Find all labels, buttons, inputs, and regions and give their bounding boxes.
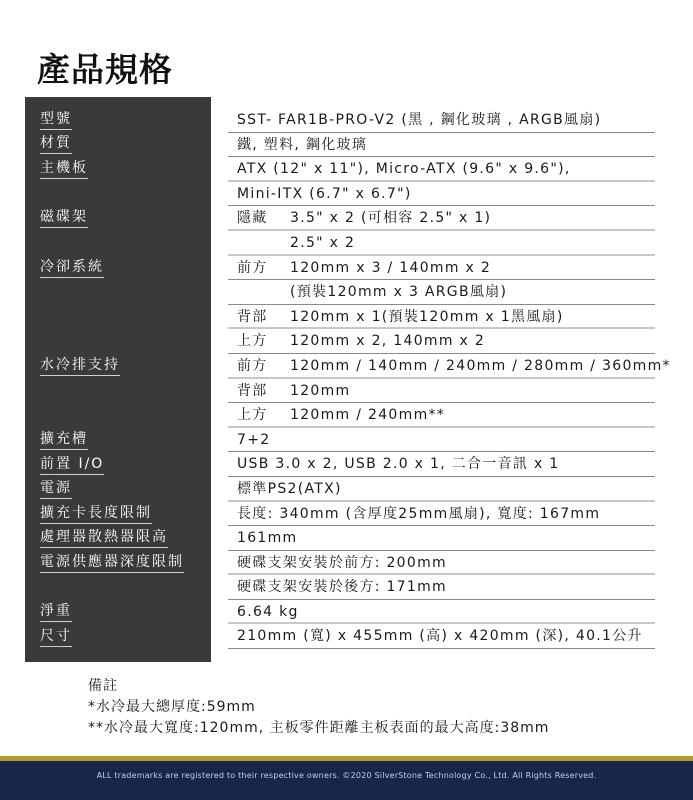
spec-row: 隱藏3.5" x 2 (可相容 2.5" x 1) xyxy=(228,206,655,231)
spec-value: ATX (12" x 11"), Micro-ATX (9.6" x 9.6")… xyxy=(237,157,571,181)
spec-row: 鐵, 塑料, 鋼化玻璃 xyxy=(228,133,655,158)
spec-row: 背部120mm xyxy=(228,379,655,404)
spec-sub-label: 隱藏 xyxy=(237,206,268,230)
spec-value: 120mm / 240mm** xyxy=(290,403,445,427)
spec-values: SST- FAR1B-PRO-V2 (黑 , 鋼化玻璃 , ARGB風扇)鐵, … xyxy=(228,108,655,649)
spec-row: 6.64 kg xyxy=(228,600,655,625)
spec-value: USB 3.0 x 2, USB 2.0 x 1, 二合一音訊 x 1 xyxy=(237,452,560,476)
spec-label: 尺寸 xyxy=(40,627,72,647)
spec-label: 型號 xyxy=(40,110,72,130)
spec-row: 長度: 340mm (含厚度25mm風扇), 寬度: 167mm xyxy=(228,502,655,527)
spec-value: 6.64 kg xyxy=(237,600,299,624)
spec-value: 120mm xyxy=(290,379,351,403)
spec-labels-panel xyxy=(25,97,211,662)
spec-label: 磁碟架 xyxy=(40,208,88,228)
spec-label: 擴充槽 xyxy=(40,430,88,450)
spec-value: 硬碟支架安裝於前方: 200mm xyxy=(237,551,447,575)
spec-label: 主機板 xyxy=(40,159,88,179)
spec-sub-label: 前方 xyxy=(237,256,268,280)
spec-sub-label: 上方 xyxy=(237,403,268,427)
spec-row: 上方120mm / 240mm** xyxy=(228,403,655,428)
spec-label: 擴充卡長度限制 xyxy=(40,504,152,524)
spec-value: SST- FAR1B-PRO-V2 (黑 , 鋼化玻璃 , ARGB風扇) xyxy=(237,108,601,132)
spec-row: 硬碟支架安裝於前方: 200mm xyxy=(228,551,655,576)
spec-label: 處理器散熱器限高 xyxy=(40,528,168,548)
spec-row: 161mm xyxy=(228,526,655,551)
spec-row: SST- FAR1B-PRO-V2 (黑 , 鋼化玻璃 , ARGB風扇) xyxy=(228,108,655,133)
spec-sub-label: 背部 xyxy=(237,379,268,403)
spec-value: 鐵, 塑料, 鋼化玻璃 xyxy=(237,133,367,157)
spec-row: USB 3.0 x 2, USB 2.0 x 1, 二合一音訊 x 1 xyxy=(228,452,655,477)
spec-label: 水冷排支持 xyxy=(40,356,120,376)
spec-value: 210mm (寬) x 455mm (高) x 420mm (深), 40.1公… xyxy=(237,624,643,648)
spec-label: 冷卻系統 xyxy=(40,258,104,278)
spec-value: 7+2 xyxy=(237,428,270,452)
spec-row: 前方120mm / 140mm / 240mm / 280mm / 360mm* xyxy=(228,354,655,379)
spec-label: 電源供應器深度限制 xyxy=(40,553,184,573)
spec-sub-label: 上方 xyxy=(237,329,268,353)
spec-row: 前方120mm x 3 / 140mm x 2 xyxy=(228,256,655,281)
spec-sub-label: 背部 xyxy=(237,305,268,329)
spec-value: 120mm x 1(預裝120mm x 1黑風扇) xyxy=(290,305,564,329)
spec-value: (預裝120mm x 3 ARGB風扇) xyxy=(290,280,507,304)
footer: ALL trademarks are registered to their r… xyxy=(0,761,693,800)
spec-row: 標準PS2(ATX) xyxy=(228,477,655,502)
note-item: *水冷最大總厚度:59mm xyxy=(88,697,549,718)
copyright-text: ALL trademarks are registered to their r… xyxy=(0,771,693,780)
spec-value: 3.5" x 2 (可相容 2.5" x 1) xyxy=(290,206,491,230)
spec-label: 材質 xyxy=(40,134,72,154)
spec-row: ATX (12" x 11"), Micro-ATX (9.6" x 9.6")… xyxy=(228,157,655,182)
spec-label: 前置 I/O xyxy=(40,455,104,475)
spec-value: 2.5" x 2 xyxy=(290,231,355,255)
spec-row: 210mm (寬) x 455mm (高) x 420mm (深), 40.1公… xyxy=(228,624,655,649)
spec-row: 上方120mm x 2, 140mm x 2 xyxy=(228,329,655,354)
spec-value: Mini-ITX (6.7" x 6.7") xyxy=(237,182,412,206)
spec-row: 背部120mm x 1(預裝120mm x 1黑風扇) xyxy=(228,305,655,330)
spec-row: 7+2 xyxy=(228,428,655,453)
notes-heading: 備註 xyxy=(88,676,549,697)
page-title: 產品規格 xyxy=(37,44,173,91)
note-item: **水冷最大寬度:120mm, 主板零件距離主板表面的最大高度:38mm xyxy=(88,718,549,739)
spec-value: 長度: 340mm (含厚度25mm風扇), 寬度: 167mm xyxy=(237,502,600,526)
spec-row: (預裝120mm x 3 ARGB風扇) xyxy=(228,280,655,305)
notes-section: 備註 *水冷最大總厚度:59mm **水冷最大寬度:120mm, 主板零件距離主… xyxy=(88,676,549,739)
spec-value: 120mm / 140mm / 240mm / 280mm / 360mm* xyxy=(290,354,671,378)
spec-value: 161mm xyxy=(237,526,298,550)
spec-row: Mini-ITX (6.7" x 6.7") xyxy=(228,182,655,207)
spec-label: 淨重 xyxy=(40,602,72,622)
spec-value: 標準PS2(ATX) xyxy=(237,477,342,501)
spec-value: 硬碟支架安裝於後方: 171mm xyxy=(237,575,447,599)
spec-row: 硬碟支架安裝於後方: 171mm xyxy=(228,575,655,600)
spec-sub-label: 前方 xyxy=(237,354,268,378)
spec-value: 120mm x 2, 140mm x 2 xyxy=(290,329,485,353)
spec-value: 120mm x 3 / 140mm x 2 xyxy=(290,256,491,280)
spec-label: 電源 xyxy=(40,479,72,499)
spec-row: 2.5" x 2 xyxy=(228,231,655,256)
